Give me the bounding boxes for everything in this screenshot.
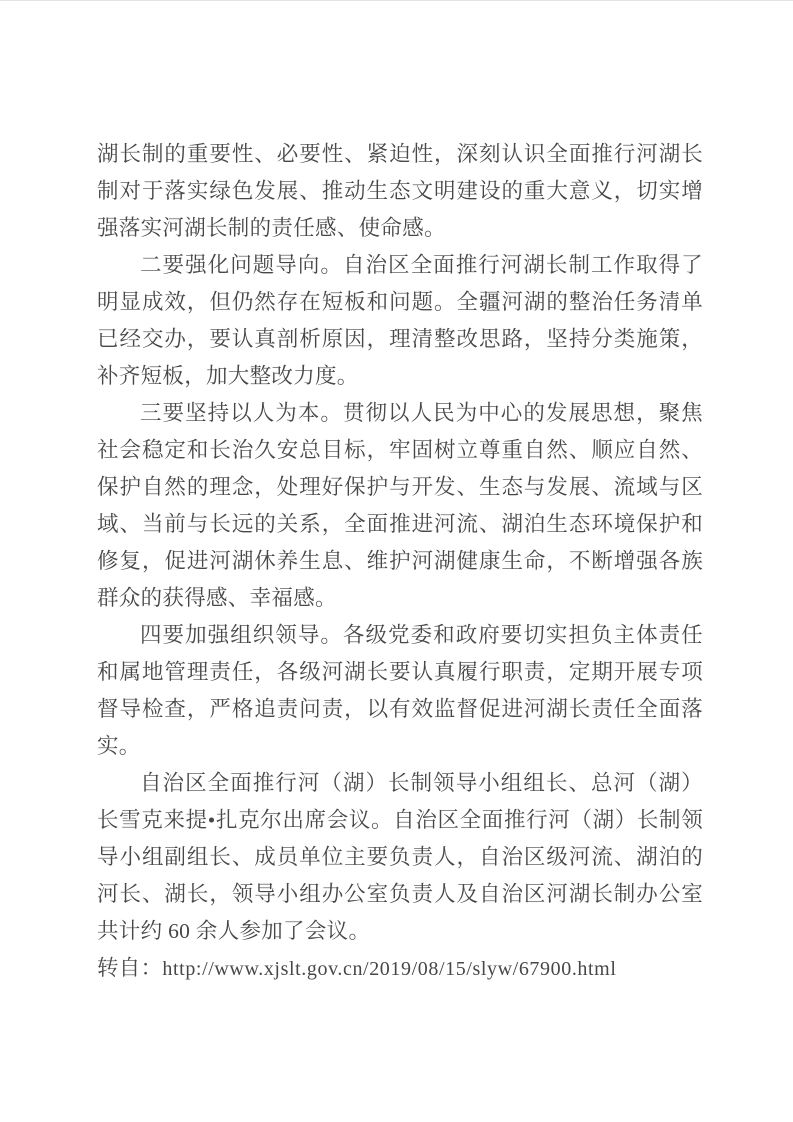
source-prefix: 转自： (97, 956, 162, 980)
paragraph: 湖长制的重要性、必要性、紧迫性，深刻认识全面推行河湖长制对于落实绿色发展、推动生… (97, 136, 703, 247)
document-page: 湖长制的重要性、必要性、紧迫性，深刻认识全面推行河湖长制对于落实绿色发展、推动生… (0, 0, 793, 1122)
paragraph: 二要强化问题导向。自治区全面推行河湖长制工作取得了明显成效，但仍然存在短板和问题… (97, 247, 703, 395)
paragraph: 四要加强组织领导。各级党委和政府要切实担负主体责任和属地管理责任，各级河湖长要认… (97, 617, 703, 765)
paragraph: 自治区全面推行河（湖）长制领导小组组长、总河（湖）长雪克来提•扎克尔出席会议。自… (97, 765, 703, 950)
source-url: http://www.xjslt.gov.cn/2019/08/15/slyw/… (162, 958, 616, 980)
paragraph-list: 湖长制的重要性、必要性、紧迫性，深刻认识全面推行河湖长制对于落实绿色发展、推动生… (97, 136, 703, 950)
source-line: 转自：http://www.xjslt.gov.cn/2019/08/15/sl… (97, 950, 703, 988)
paragraph: 三要坚持以人为本。贯彻以人民为中心的发展思想，聚焦社会稳定和长治久安总目标，牢固… (97, 395, 703, 617)
document-body: 湖长制的重要性、必要性、紧迫性，深刻认识全面推行河湖长制对于落实绿色发展、推动生… (97, 136, 703, 988)
